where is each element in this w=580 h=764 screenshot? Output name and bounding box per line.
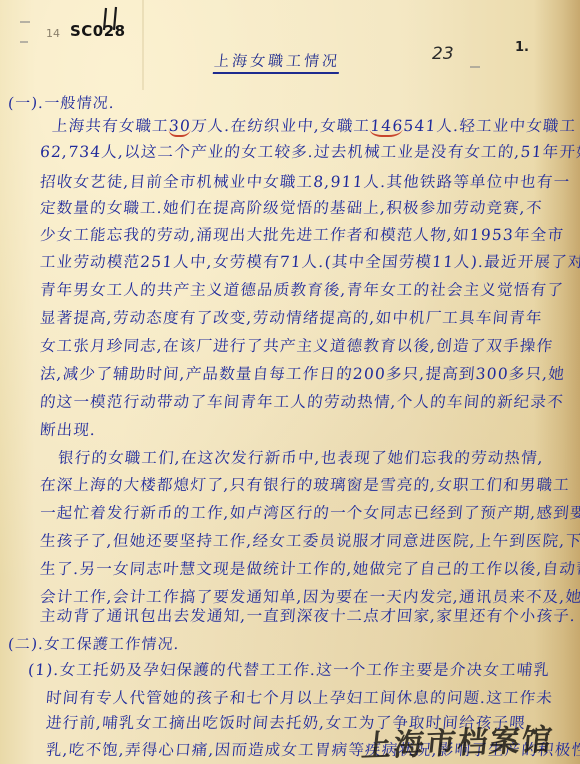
margin-dash xyxy=(20,41,28,43)
text-line: 一起忙着发行新币的工作,如卢湾区行的一个女同志已经到了预产期,感到要 xyxy=(39,503,580,523)
margin-dash xyxy=(20,21,30,23)
text-line: 女工张月珍同志,在该厂进行了共产主义道德教育以後,创造了双手操作 xyxy=(39,336,554,356)
margin-dash xyxy=(470,66,480,68)
page-number: 1. xyxy=(515,40,529,55)
paper-fold xyxy=(142,0,144,90)
section-heading: (一).一般情况. xyxy=(7,93,116,113)
text-line: 定数量的女職工.她们在提高阶级觉悟的基础上,积极参加劳动竞赛,不 xyxy=(39,198,543,218)
underlined-figure: 146 xyxy=(369,117,404,137)
text-line: 少女工能忘我的劳动,涌现出大批先进工作者和模范人物,如1953年全市 xyxy=(39,225,565,245)
text-line: 显著提高,劳动态度有了改变,劳动情绪提高的,如中机厂工具车间青年 xyxy=(39,308,543,328)
underlined-figure: 30 xyxy=(168,117,192,137)
text-line: 断出现. xyxy=(39,420,97,440)
text-line: 工业劳动模范251人中,女劳模有71人.(其中全国劳模11人).最近开展了对 xyxy=(39,252,580,272)
folio-number: 23 xyxy=(432,44,454,64)
text-line: 青年男女工人的共产主义道德品质教育後,青年女工的社会主义觉悟有了 xyxy=(39,280,565,300)
archive-stamp-id: SC028 xyxy=(70,22,126,40)
text-line: 会计工作,会计工作搞了要发通知单,因为要在一天内发完,通讯员来不及,她又 xyxy=(39,587,580,607)
text-line: (1).女工托奶及孕妇保護的代替工工作.这一个工作主要是介决女工哺乳 xyxy=(27,660,551,680)
archive-watermark: 上海市档案馆 xyxy=(360,715,557,764)
section-heading: (二).女工保護工作情况. xyxy=(7,634,181,654)
text-line: 银行的女職工们,在这次发行新币中,也表现了她们忘我的劳动热情, xyxy=(57,448,545,468)
text-line: 时间有专人代管她的孩子和七个月以上孕妇工间休息的问题.这工作未 xyxy=(45,688,554,708)
text-line: 招收女艺徒,目前全市机械业中女職工8,911人.其他铁路等单位中也有一 xyxy=(39,172,571,192)
text-line: 生了.另一女同志叶慧文现是做统计工作的,她做完了自己的工作以後,自动帮助搞 xyxy=(39,559,580,579)
document-title: 上海女職工情况 xyxy=(213,50,342,74)
pencil-mark: 14 xyxy=(46,27,60,40)
text-line: 法,减少了辅助时间,产品数量自每工作日的200多只,提高到300多只,她 xyxy=(39,364,566,384)
text-line: 生孩子了,但她还要坚持工作,经女工委员说服才同意进医院,上午到医院,下午就 xyxy=(39,531,580,551)
text-line: 上海共有女職工30万人.在纺织业中,女職工146541人.轻工业中女職工 xyxy=(51,116,577,136)
text-line: 主动背了通讯包出去发通知,一直到深夜十二点才回家,家里还有个小孩子. xyxy=(39,606,577,626)
text-line: 在深上海的大楼都熄灯了,只有银行的玻璃窗是雪亮的,女职工们和男職工 xyxy=(39,475,571,495)
text-line: 62,734人,以这二个产业的女工较多.过去机械工业是没有女工的,51年开始 xyxy=(39,142,580,162)
text-line: 的这一模范行动带动了车间青年工人的劳动热情,个人的车间的新纪录不 xyxy=(39,392,565,412)
